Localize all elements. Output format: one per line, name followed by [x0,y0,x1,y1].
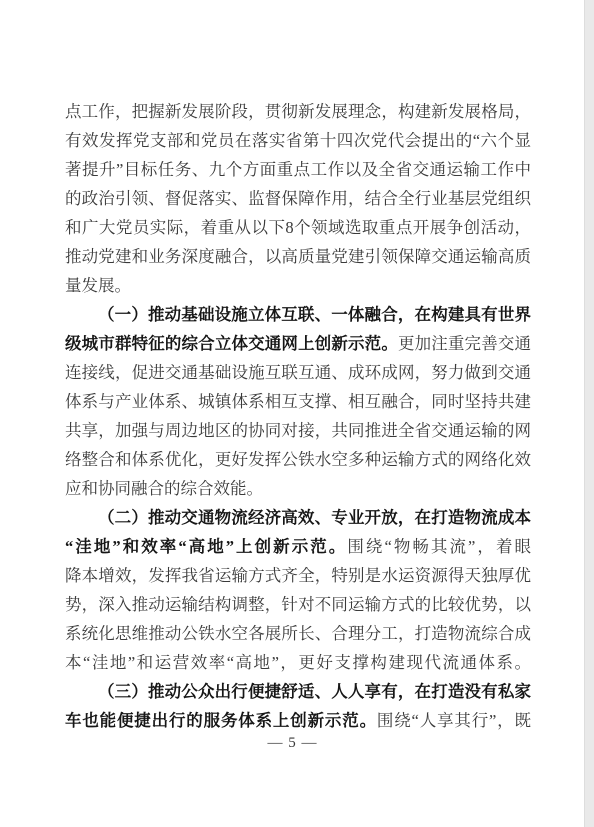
regular-run: 共享，加强与周边地区的协同对接，共同推进全省交通运输的网 [65,421,531,440]
text-line: 量发展。 [65,271,531,300]
bold-run: （一）推动基础设施立体互联、一体融合，在构建具有世界 [98,305,531,324]
regular-run: 点工作，把握新发展阶段，贯彻新发展理念，构建新发展格局， [65,102,531,121]
text-line: “洼地”和效率“高地”上创新示范。围绕“物畅其流”，着眼 [65,532,531,561]
regular-run: 系统化思维推动公铁水空各展所长、合理分工，打造物流综合成 [65,624,531,643]
regular-run: 体系与产业体系、城镇体系相互支撑、相互融合，同时坚持共建 [65,392,531,411]
regular-run: 络整合和体系优化，更好发挥公铁水空多种运输方式的网络化效 [65,450,531,469]
regular-run: 有效发挥党支部和党员在落实省第十四次党代会提出的“六个显 [65,131,531,150]
text-line: 系统化思维推动公铁水空各展所长、合理分工，打造物流综合成 [65,619,531,648]
text-line: （二）推动交通物流经济高效、专业开放，在打造物流成本 [65,503,531,532]
bold-run: “洼地”和效率“高地”上创新示范。 [65,537,347,556]
text-line: 的政治引领、督促落实、监督保障作用，结合全行业基层党组织 [65,184,531,213]
text-line: 本“洼地”和运营效率“高地”，更好支撑构建现代流通体系。 [65,648,531,677]
regular-run: 应和协同融合的综合效能。 [65,479,263,498]
page-edge-shadow [584,0,594,827]
text-line: （三）推动公众出行便捷舒适、人人享有，在打造没有私家 [65,677,531,706]
text-line: 有效发挥党支部和党员在落实省第十四次党代会提出的“六个显 [65,126,531,155]
bold-run: （二）推动交通物流经济高效、专业开放，在打造物流成本 [98,508,531,527]
regular-run: 的政治引领、督促落实、监督保障作用，结合全行业基层党组织 [65,189,531,208]
text-line: 推动党建和业务深度融合，以高质量党建引领保障交通运输高质 [65,242,531,271]
regular-run: 推动党建和业务深度融合，以高质量党建引领保障交通运输高质 [65,247,531,266]
regular-run: 围绕“人享其行”，既 [377,711,531,730]
regular-run: 著提升”目标任务、九个方面重点工作以及全省交通运输工作中 [65,160,531,179]
text-line: 共享，加强与周边地区的协同对接，共同推进全省交通运输的网 [65,416,531,445]
text-line: 点工作，把握新发展阶段，贯彻新发展理念，构建新发展格局， [65,97,531,126]
page-number: — 5 — [0,732,585,754]
document-body: 点工作，把握新发展阶段，贯彻新发展理念，构建新发展格局， 有效发挥党支部和党员在… [65,97,531,735]
bold-run: 车也能便捷出行的服务体系上创新示范。 [65,711,377,730]
regular-run: 围绕“物畅其流”，着眼 [347,537,531,556]
text-line: 和广大党员实际，着重从以下8个领域选取重点开展争创活动， [65,213,531,242]
text-line: 络整合和体系优化，更好发挥公铁水空多种运输方式的网络化效 [65,445,531,474]
text-line: 应和协同融合的综合效能。 [65,474,531,503]
regular-run: 本“洼地”和运营效率“高地”，更好支撑构建现代流通体系。 [65,653,531,672]
text-line: 连接线，促进交通基础设施互联互通、成环成网，努力做到交通 [65,358,531,387]
bold-run: 级城市群特征的综合立体交通网上创新示范。 [65,334,398,353]
document-page: 点工作，把握新发展阶段，贯彻新发展理念，构建新发展格局， 有效发挥党支部和党员在… [0,0,594,827]
text-line: 降本增效，发挥我省运输方式齐全，特别是水运资源得天独厚优 [65,561,531,590]
regular-run: 和广大党员实际，着重从以下8个领域选取重点开展争创活动， [65,218,531,237]
regular-run: 更加注重完善交通 [398,334,531,353]
regular-run: 量发展。 [65,276,131,295]
regular-run: 降本增效，发挥我省运输方式齐全，特别是水运资源得天独厚优 [65,566,531,585]
text-line: 著提升”目标任务、九个方面重点工作以及全省交通运输工作中 [65,155,531,184]
text-line: 势，深入推动运输结构调整，针对不同运输方式的比较优势，以 [65,590,531,619]
regular-run: 连接线，促进交通基础设施互联互通、成环成网，努力做到交通 [65,363,531,382]
bold-run: （三）推动公众出行便捷舒适、人人享有，在打造没有私家 [98,682,531,701]
text-line: 级城市群特征的综合立体交通网上创新示范。更加注重完善交通 [65,329,531,358]
text-line: 车也能便捷出行的服务体系上创新示范。围绕“人享其行”，既 [65,706,531,735]
text-line: 体系与产业体系、城镇体系相互支撑、相互融合，同时坚持共建 [65,387,531,416]
text-line: （一）推动基础设施立体互联、一体融合，在构建具有世界 [65,300,531,329]
regular-run: 势，深入推动运输结构调整，针对不同运输方式的比较优势，以 [65,595,531,614]
